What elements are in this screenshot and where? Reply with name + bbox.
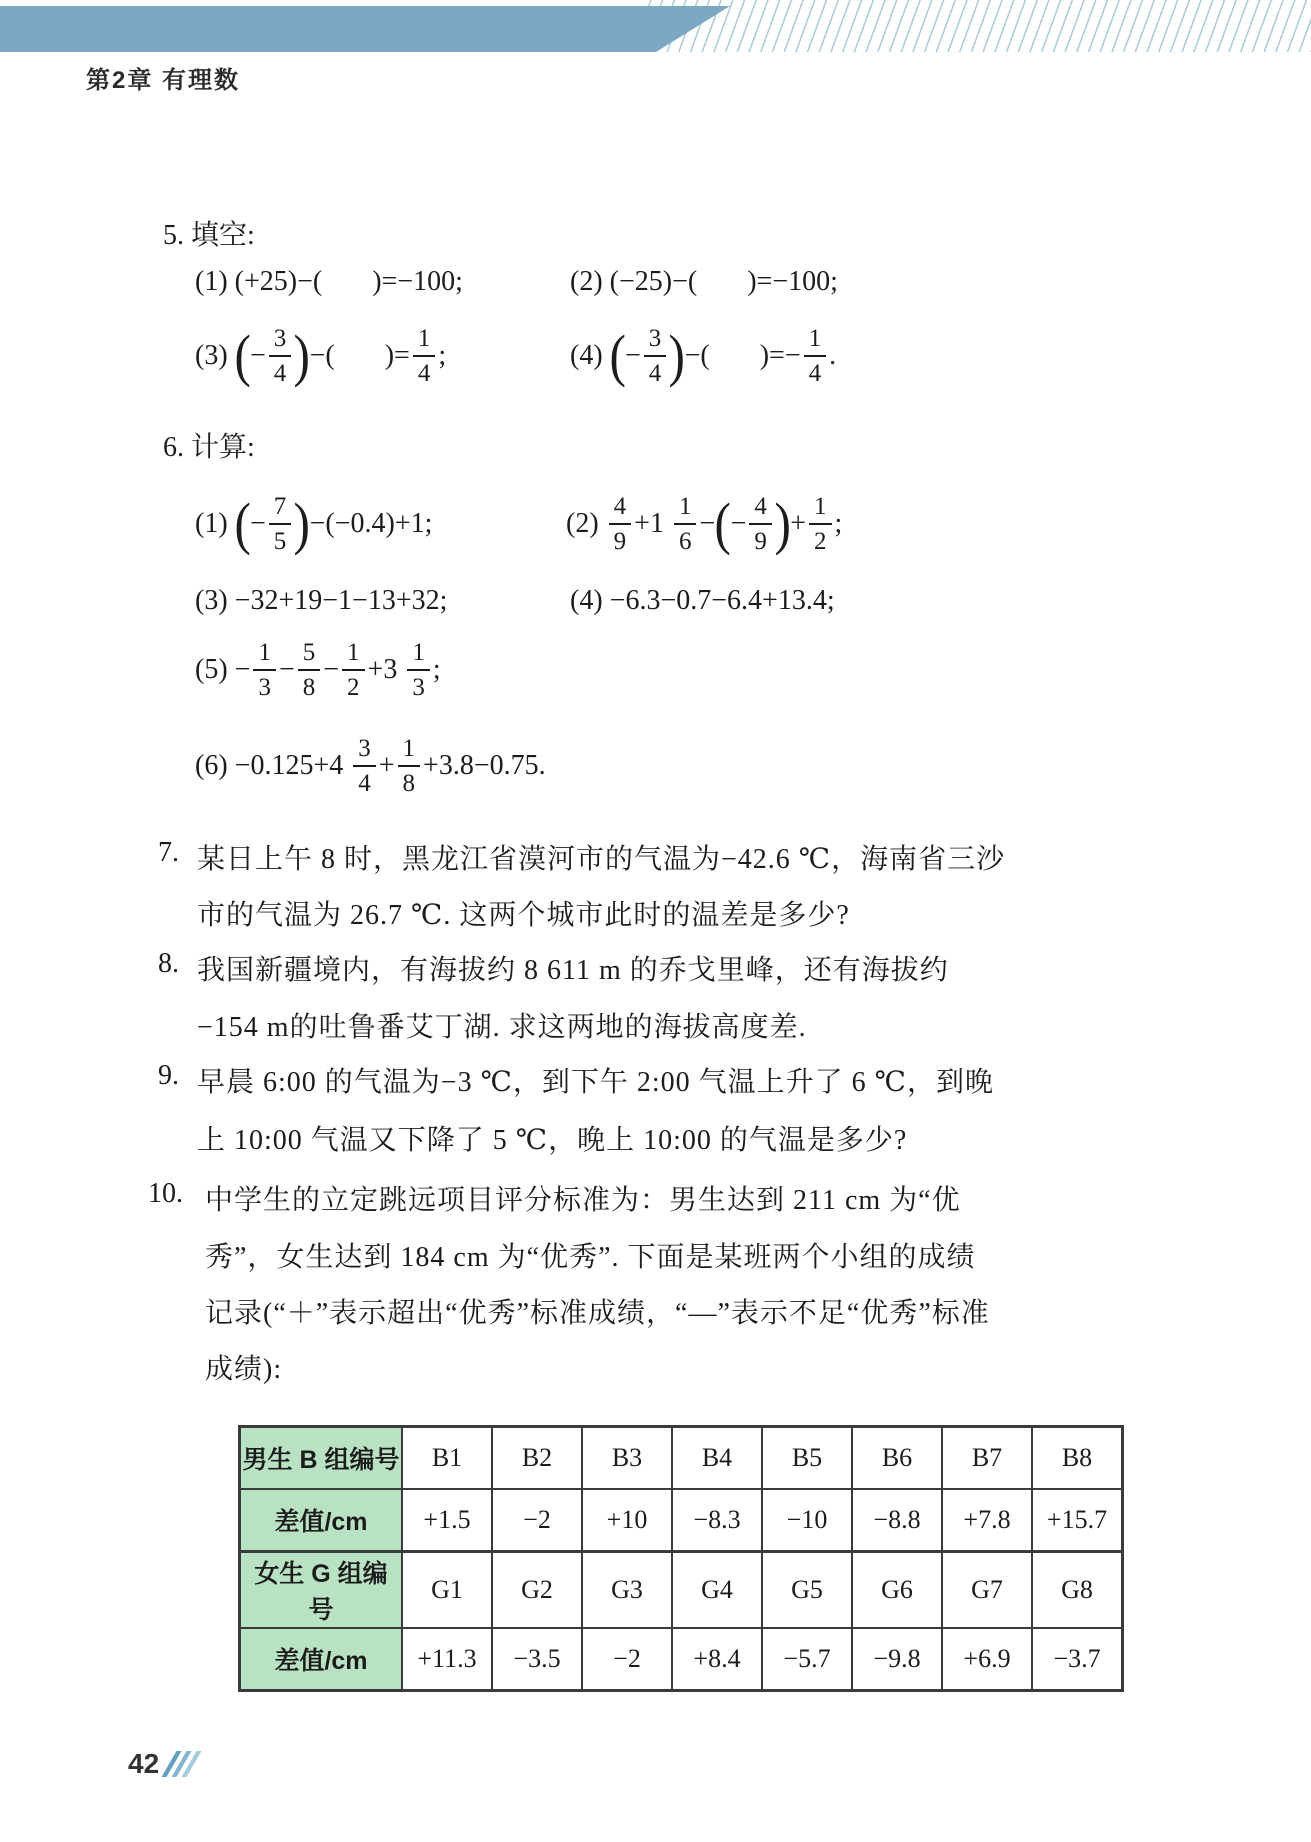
table-row: 差值/cm+1.5−2+10−8.3−10−8.8+7.8+15.7 bbox=[240, 1489, 1123, 1552]
table-cell: +15.7 bbox=[1032, 1489, 1123, 1552]
fraction: 13 bbox=[253, 640, 276, 700]
problem-9-line: 上 10:00 气温又下降了 5 ℃，晚上 10:00 的气温是多少? bbox=[197, 1118, 907, 1158]
table-cell: −3.5 bbox=[492, 1628, 582, 1691]
table-cell: B6 bbox=[852, 1427, 942, 1490]
blank-slot bbox=[322, 282, 372, 283]
math-text: (5) − bbox=[195, 654, 250, 686]
fraction-numerator: 1 bbox=[804, 326, 827, 357]
math-text: + bbox=[379, 750, 395, 782]
math-text: +3.8−0.75. bbox=[423, 750, 546, 782]
problem-6-item-5: (5) −13−58−12+3 13; bbox=[195, 640, 441, 700]
math-text: (1) bbox=[195, 508, 235, 540]
fraction-numerator: 4 bbox=[749, 494, 772, 525]
problem-9-line: 早晨 6:00 的气温为−3 ℃，到下午 2:00 气温上升了 6 ℃，到晚 bbox=[197, 1060, 994, 1100]
fraction: 18 bbox=[398, 736, 421, 796]
fraction-denominator: 9 bbox=[749, 525, 772, 554]
fraction-numerator: 4 bbox=[609, 494, 632, 525]
table-row-header: 差值/cm bbox=[240, 1489, 403, 1552]
math-text: (4) −6.3−0.7−6.4+13.4; bbox=[570, 585, 835, 617]
fraction-numerator: 1 bbox=[809, 494, 832, 525]
blank-slot bbox=[710, 356, 760, 357]
fraction: 13 bbox=[407, 640, 430, 700]
fraction-numerator: 7 bbox=[269, 494, 292, 525]
math-text: )=−100; bbox=[747, 266, 838, 298]
math-text: . bbox=[829, 340, 836, 372]
fraction-numerator: 1 bbox=[342, 640, 365, 671]
table-row: 女生 G 组编号G1G2G3G4G5G6G7G8 bbox=[240, 1552, 1123, 1629]
math-text: −( bbox=[310, 340, 335, 372]
math-text: (6) −0.125+4 bbox=[195, 750, 350, 782]
table-cell: G8 bbox=[1032, 1552, 1123, 1629]
problem-5-item-1: (1) (+25)−()=−100; bbox=[195, 266, 463, 298]
math-text: (2) (−25)−( bbox=[570, 266, 697, 298]
fraction-denominator: 6 bbox=[674, 525, 697, 554]
problem-8-line: 我国新疆境内，有海拔约 8 611 m 的乔戈里峰，还有海拔约 bbox=[197, 948, 949, 988]
table-cell: −2 bbox=[492, 1489, 582, 1552]
math-text: (2) bbox=[566, 508, 606, 540]
table-cell: B7 bbox=[942, 1427, 1032, 1490]
problem-10-line: 中学生的立定跳远项目评分标准为：男生达到 211 cm 为“优 bbox=[205, 1178, 961, 1218]
fraction-denominator: 4 bbox=[269, 357, 292, 386]
fraction-numerator: 1 bbox=[407, 640, 430, 671]
math-text: +3 bbox=[368, 654, 405, 686]
score-table: 男生 B 组编号B1B2B3B4B5B6B7B8差值/cm+1.5−2+10−8… bbox=[238, 1425, 1124, 1692]
table-cell: −3.7 bbox=[1032, 1628, 1123, 1691]
problem-10-number: 10. bbox=[148, 1178, 183, 1210]
math-text: +1 bbox=[634, 508, 671, 540]
problem-7-line: 市的气温为 26.7 ℃. 这两个城市此时的温差是多少? bbox=[197, 893, 850, 933]
table-cell: G2 bbox=[492, 1552, 582, 1629]
problem-6-item-4: (4) −6.3−0.7−6.4+13.4; bbox=[570, 585, 835, 617]
problem-6-item-2: (2) 49+1 16−(−49)+12; bbox=[566, 494, 842, 554]
math-text: ; bbox=[438, 340, 446, 372]
table-row: 差值/cm+11.3−3.5−2+8.4−5.7−9.8+6.9−3.7 bbox=[240, 1628, 1123, 1691]
math-text: − bbox=[250, 340, 266, 372]
table-cell: G3 bbox=[582, 1552, 672, 1629]
problem-8-line: −154 m的吐鲁番艾丁湖. 求这两地的海拔高度差. bbox=[197, 1005, 807, 1045]
fraction-numerator: 3 bbox=[644, 326, 667, 357]
math-text: )=− bbox=[760, 340, 801, 372]
fraction: 12 bbox=[809, 494, 832, 554]
fraction-numerator: 3 bbox=[353, 736, 376, 767]
page-number: 42 bbox=[128, 1748, 159, 1780]
math-text: (3) bbox=[195, 340, 235, 372]
problem-10-line: 成绩): bbox=[205, 1347, 282, 1387]
fraction: 34 bbox=[269, 326, 292, 386]
table-cell: G5 bbox=[762, 1552, 852, 1629]
fraction: 12 bbox=[342, 640, 365, 700]
table-cell: −8.3 bbox=[672, 1489, 762, 1552]
footer-slashes-icon bbox=[169, 1751, 199, 1777]
math-text: − bbox=[625, 340, 641, 372]
table-cell: +8.4 bbox=[672, 1628, 762, 1691]
math-text: )= bbox=[385, 340, 410, 372]
math-text: − bbox=[699, 508, 715, 540]
fraction-numerator: 1 bbox=[413, 326, 436, 357]
table-row-header: 男生 B 组编号 bbox=[240, 1427, 403, 1490]
fraction: 75 bbox=[269, 494, 292, 554]
fraction: 34 bbox=[353, 736, 376, 796]
table-cell: G4 bbox=[672, 1552, 762, 1629]
fraction-denominator: 4 bbox=[644, 357, 667, 386]
math-text: − bbox=[323, 654, 339, 686]
fraction-denominator: 4 bbox=[413, 357, 436, 386]
math-text: + bbox=[790, 508, 806, 540]
math-text: − bbox=[731, 508, 747, 540]
fraction-denominator: 5 bbox=[269, 525, 292, 554]
math-text: ; bbox=[433, 654, 441, 686]
fraction-denominator: 8 bbox=[298, 671, 321, 700]
math-text: − bbox=[279, 654, 295, 686]
fraction: 49 bbox=[609, 494, 632, 554]
fraction-denominator: 3 bbox=[407, 671, 430, 700]
fraction: 49 bbox=[749, 494, 772, 554]
fraction-denominator: 8 bbox=[398, 767, 421, 796]
table-cell: B3 bbox=[582, 1427, 672, 1490]
page-footer: 42 bbox=[128, 1748, 199, 1780]
table-row-header: 差值/cm bbox=[240, 1628, 403, 1691]
fraction-denominator: 2 bbox=[342, 671, 365, 700]
fraction: 14 bbox=[804, 326, 827, 386]
problem-6-item-3: (3) −32+19−1−13+32; bbox=[195, 585, 447, 617]
blank-slot bbox=[335, 356, 385, 357]
fraction-numerator: 1 bbox=[253, 640, 276, 671]
fraction-denominator: 3 bbox=[253, 671, 276, 700]
header-hatch-decoration bbox=[640, 0, 1311, 52]
score-table-wrap: 男生 B 组编号B1B2B3B4B5B6B7B8差值/cm+1.5−2+10−8… bbox=[238, 1425, 1124, 1692]
problem-6-item-6: (6) −0.125+4 34+18+3.8−0.75. bbox=[195, 736, 546, 796]
math-text: (3) −32+19−1−13+32; bbox=[195, 585, 447, 617]
problem-5-item-4: (4) (−34)−()=−14. bbox=[570, 326, 836, 386]
table-cell: G7 bbox=[942, 1552, 1032, 1629]
table-row-header: 女生 G 组编号 bbox=[240, 1552, 403, 1629]
fraction-denominator: 4 bbox=[804, 357, 827, 386]
table-cell: G1 bbox=[402, 1552, 492, 1629]
table-cell: +1.5 bbox=[402, 1489, 492, 1552]
fraction-numerator: 1 bbox=[674, 494, 697, 525]
fraction: 16 bbox=[674, 494, 697, 554]
problem-5-item-2: (2) (−25)−()=−100; bbox=[570, 266, 838, 298]
fraction: 34 bbox=[644, 326, 667, 386]
table-cell: B2 bbox=[492, 1427, 582, 1490]
table-cell: +7.8 bbox=[942, 1489, 1032, 1552]
problem-6-heading: 6. 计算: bbox=[163, 425, 255, 465]
math-text: −( bbox=[685, 340, 710, 372]
problem-9-number: 9. bbox=[158, 1060, 179, 1092]
table-cell: B5 bbox=[762, 1427, 852, 1490]
table-cell: +6.9 bbox=[942, 1628, 1032, 1691]
table-cell: −5.7 bbox=[762, 1628, 852, 1691]
fraction-numerator: 5 bbox=[298, 640, 321, 671]
fraction-numerator: 3 bbox=[269, 326, 292, 357]
math-text: −(−0.4)+1; bbox=[310, 508, 433, 540]
math-text: )=−100; bbox=[372, 266, 463, 298]
fraction-denominator: 9 bbox=[609, 525, 632, 554]
problem-7-number: 7. bbox=[158, 837, 179, 869]
table-cell: −9.8 bbox=[852, 1628, 942, 1691]
math-text: (1) (+25)−( bbox=[195, 266, 322, 298]
problem-8-number: 8. bbox=[158, 948, 179, 980]
table-cell: −2 bbox=[582, 1628, 672, 1691]
textbook-page: 第2章 有理数 5. 填空: (1) (+25)−()=−100; (2) (−… bbox=[0, 0, 1311, 1842]
problem-5-heading: 5. 填空: bbox=[163, 213, 255, 253]
problem-10-line: 记录(“＋”表示超出“优秀”标准成绩，“—”表示不足“优秀”标准 bbox=[205, 1291, 990, 1331]
problem-6-item-1: (1) (−75)−(−0.4)+1; bbox=[195, 494, 432, 554]
table-cell: B8 bbox=[1032, 1427, 1123, 1490]
blank-slot bbox=[697, 282, 747, 283]
problem-5-item-3: (3) (−34)−()=14; bbox=[195, 326, 446, 386]
table-cell: −8.8 bbox=[852, 1489, 942, 1552]
problem-10-line: 秀”，女生达到 184 cm 为“优秀”. 下面是某班两个小组的成绩 bbox=[205, 1235, 976, 1275]
fraction: 14 bbox=[413, 326, 436, 386]
table-cell: G6 bbox=[852, 1552, 942, 1629]
table-row: 男生 B 组编号B1B2B3B4B5B6B7B8 bbox=[240, 1427, 1123, 1490]
table-cell: +10 bbox=[582, 1489, 672, 1552]
table-cell: +11.3 bbox=[402, 1628, 492, 1691]
problem-7-line: 某日上午 8 时，黑龙江省漠河市的气温为−42.6 ℃，海南省三沙 bbox=[197, 837, 1005, 877]
chapter-title: 第2章 有理数 bbox=[86, 60, 240, 95]
math-text: (4) bbox=[570, 340, 610, 372]
math-text: ; bbox=[835, 508, 843, 540]
header-blue-band bbox=[0, 6, 730, 52]
fraction-denominator: 4 bbox=[353, 767, 376, 796]
fraction: 58 bbox=[298, 640, 321, 700]
fraction-denominator: 2 bbox=[809, 525, 832, 554]
table-cell: B4 bbox=[672, 1427, 762, 1490]
fraction-numerator: 1 bbox=[398, 736, 421, 767]
math-text: − bbox=[250, 508, 266, 540]
table-cell: B1 bbox=[402, 1427, 492, 1490]
table-cell: −10 bbox=[762, 1489, 852, 1552]
